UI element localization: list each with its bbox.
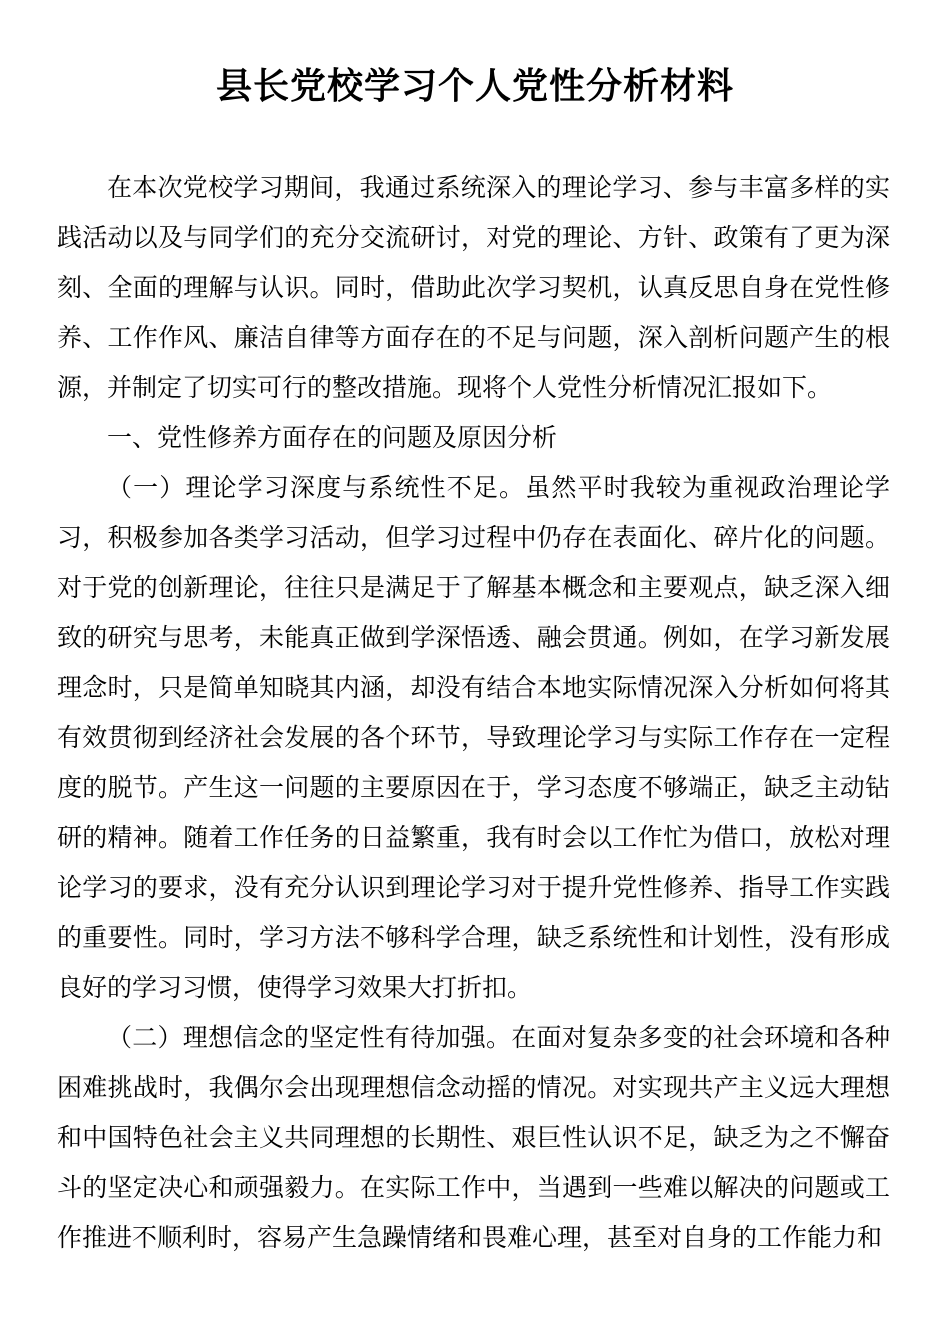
document-title: 县长党校学习个人党性分析材料	[0, 61, 950, 111]
intro-paragraph: 在本次党校学习期间，我通过系统深入的理论学习、参与丰富多样的实践活动以及与同学们…	[57, 163, 890, 413]
section-heading: 一、党性修养方面存在的问题及原因分析	[57, 413, 890, 463]
document-page: 县长党校学习个人党性分析材料 在本次党校学习期间，我通过系统深入的理论学习、参与…	[0, 0, 950, 1344]
section-paragraph-1: （一）理论学习深度与系统性不足。虽然平时我较为重视政治理论学习，积极参加各类学习…	[57, 463, 890, 1013]
section-paragraph-2: （二）理想信念的坚定性有待加强。在面对复杂多变的社会环境和各种困难挑战时，我偶尔…	[57, 1013, 890, 1263]
document-body: 在本次党校学习期间，我通过系统深入的理论学习、参与丰富多样的实践活动以及与同学们…	[0, 163, 950, 1263]
